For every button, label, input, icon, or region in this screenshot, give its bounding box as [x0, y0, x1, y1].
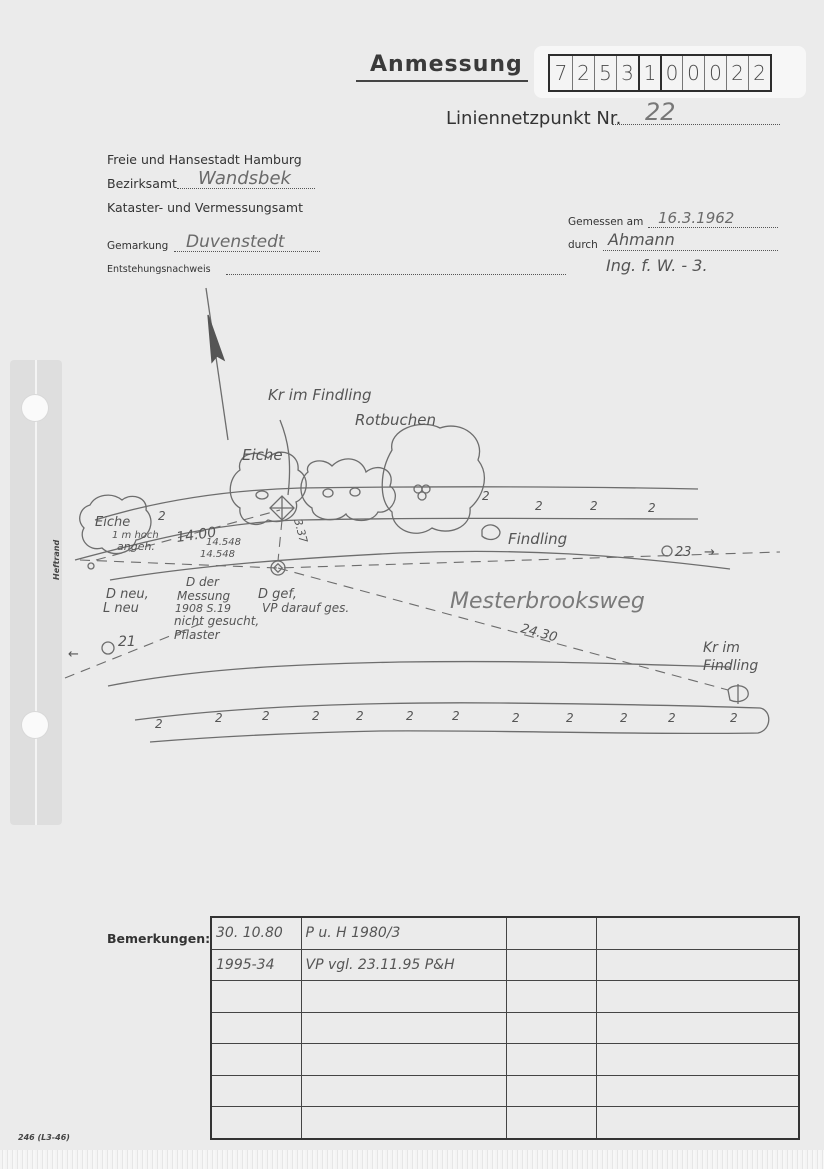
svg-text:2: 2	[566, 711, 574, 725]
table-cell	[506, 917, 596, 949]
table-row	[211, 981, 799, 1013]
svg-text:2: 2	[620, 711, 628, 725]
table-cell	[596, 917, 799, 949]
svg-text:2: 2	[512, 711, 520, 725]
table-cell	[596, 1107, 799, 1139]
label-d-gef: D gef,	[258, 587, 297, 602]
table-cell	[211, 981, 301, 1013]
svg-text:2: 2	[590, 499, 598, 513]
table-cell	[506, 949, 596, 981]
table-cell	[301, 1107, 506, 1139]
location-sketch: 22222 222222222222 Kr im Findling Rotbuc…	[0, 0, 824, 900]
table-cell	[596, 1075, 799, 1107]
table-cell	[301, 1075, 506, 1107]
svg-text:2: 2	[648, 501, 656, 515]
svg-text:2: 2	[356, 709, 364, 723]
findling-icon	[482, 525, 500, 540]
label-d-der: D der	[186, 575, 220, 589]
table-cell	[211, 1044, 301, 1076]
svg-text:2: 2	[406, 709, 414, 723]
label-messung: Messung	[177, 589, 230, 603]
table-row: 30. 10.80P u. H 1980/3	[211, 917, 799, 949]
street-name: Mesterbrooksweg	[450, 589, 645, 614]
table-row: 1995-34VP vgl. 23.11.95 P&H	[211, 949, 799, 981]
table-cell	[596, 1012, 799, 1044]
form-number: 246 (L3-46)	[18, 1133, 70, 1142]
table-cell	[211, 1107, 301, 1139]
table-cell	[506, 1044, 596, 1076]
table-cell	[211, 1075, 301, 1107]
table-cell	[506, 1012, 596, 1044]
table-cell	[596, 1044, 799, 1076]
svg-text:←: ←	[68, 647, 79, 662]
label-point-23: 23	[675, 545, 692, 560]
table-cell	[211, 1012, 301, 1044]
svg-text:→: →	[704, 545, 715, 560]
label-vp-darauf: VP darauf ges.	[262, 601, 349, 615]
svg-text:2: 2	[668, 711, 676, 725]
north-arrow-icon	[208, 315, 224, 362]
table-row	[211, 1012, 799, 1044]
svg-text:2: 2	[158, 509, 166, 523]
svg-text:2: 2	[730, 711, 738, 725]
label-angeh: angeh.	[117, 540, 155, 553]
remarks-table: 30. 10.80P u. H 1980/31995-34VP vgl. 23.…	[210, 916, 800, 1140]
svg-text:2: 2	[535, 499, 543, 513]
table-cell	[301, 1044, 506, 1076]
svg-text:2: 2	[215, 711, 223, 725]
label-d-neu: D neu,	[106, 587, 149, 602]
label-eiche-left: Eiche	[95, 515, 130, 530]
remarks-label: Bemerkungen:	[107, 931, 210, 946]
north-arrow-line	[206, 288, 228, 440]
svg-text:2: 2	[452, 709, 460, 723]
label-rotbuchen: Rotbuchen	[355, 411, 436, 429]
label-14548a: 14.548	[206, 537, 241, 548]
table-cell	[506, 981, 596, 1013]
label-findling-right: Findling	[703, 658, 758, 674]
table-cell	[596, 949, 799, 981]
table-row	[211, 1107, 799, 1139]
label-kr-im-right: Kr im	[703, 640, 740, 656]
table-cell: 30. 10.80	[211, 917, 301, 949]
table-cell: VP vgl. 23.11.95 P&H	[301, 949, 506, 981]
svg-text:2: 2	[155, 717, 163, 731]
label-l-neu: L neu	[103, 601, 139, 616]
label-14548b: 14.548	[200, 549, 235, 560]
label-findling: Findling	[508, 530, 567, 548]
label-2430: 24.30	[519, 621, 559, 645]
scan-edge	[0, 1150, 824, 1169]
table-cell	[506, 1107, 596, 1139]
table-cell	[301, 1012, 506, 1044]
svg-text:2: 2	[482, 489, 490, 503]
label-kr-findling: Kr im Findling	[268, 386, 372, 404]
table-cell: 1995-34	[211, 949, 301, 981]
svg-text:2: 2	[312, 709, 320, 723]
label-pflaster: Pflaster	[174, 628, 221, 642]
label-point-21: 21	[118, 634, 136, 650]
table-cell	[506, 1075, 596, 1107]
svg-text:2: 2	[262, 709, 270, 723]
table-cell	[301, 981, 506, 1013]
label-337: 3.37	[291, 517, 310, 544]
table-cell	[596, 981, 799, 1013]
label-nicht-gesucht: nicht gesucht,	[174, 614, 259, 628]
label-eiche: Eiche	[242, 446, 283, 464]
table-row	[211, 1075, 799, 1107]
table-row	[211, 1044, 799, 1076]
table-cell: P u. H 1980/3	[301, 917, 506, 949]
